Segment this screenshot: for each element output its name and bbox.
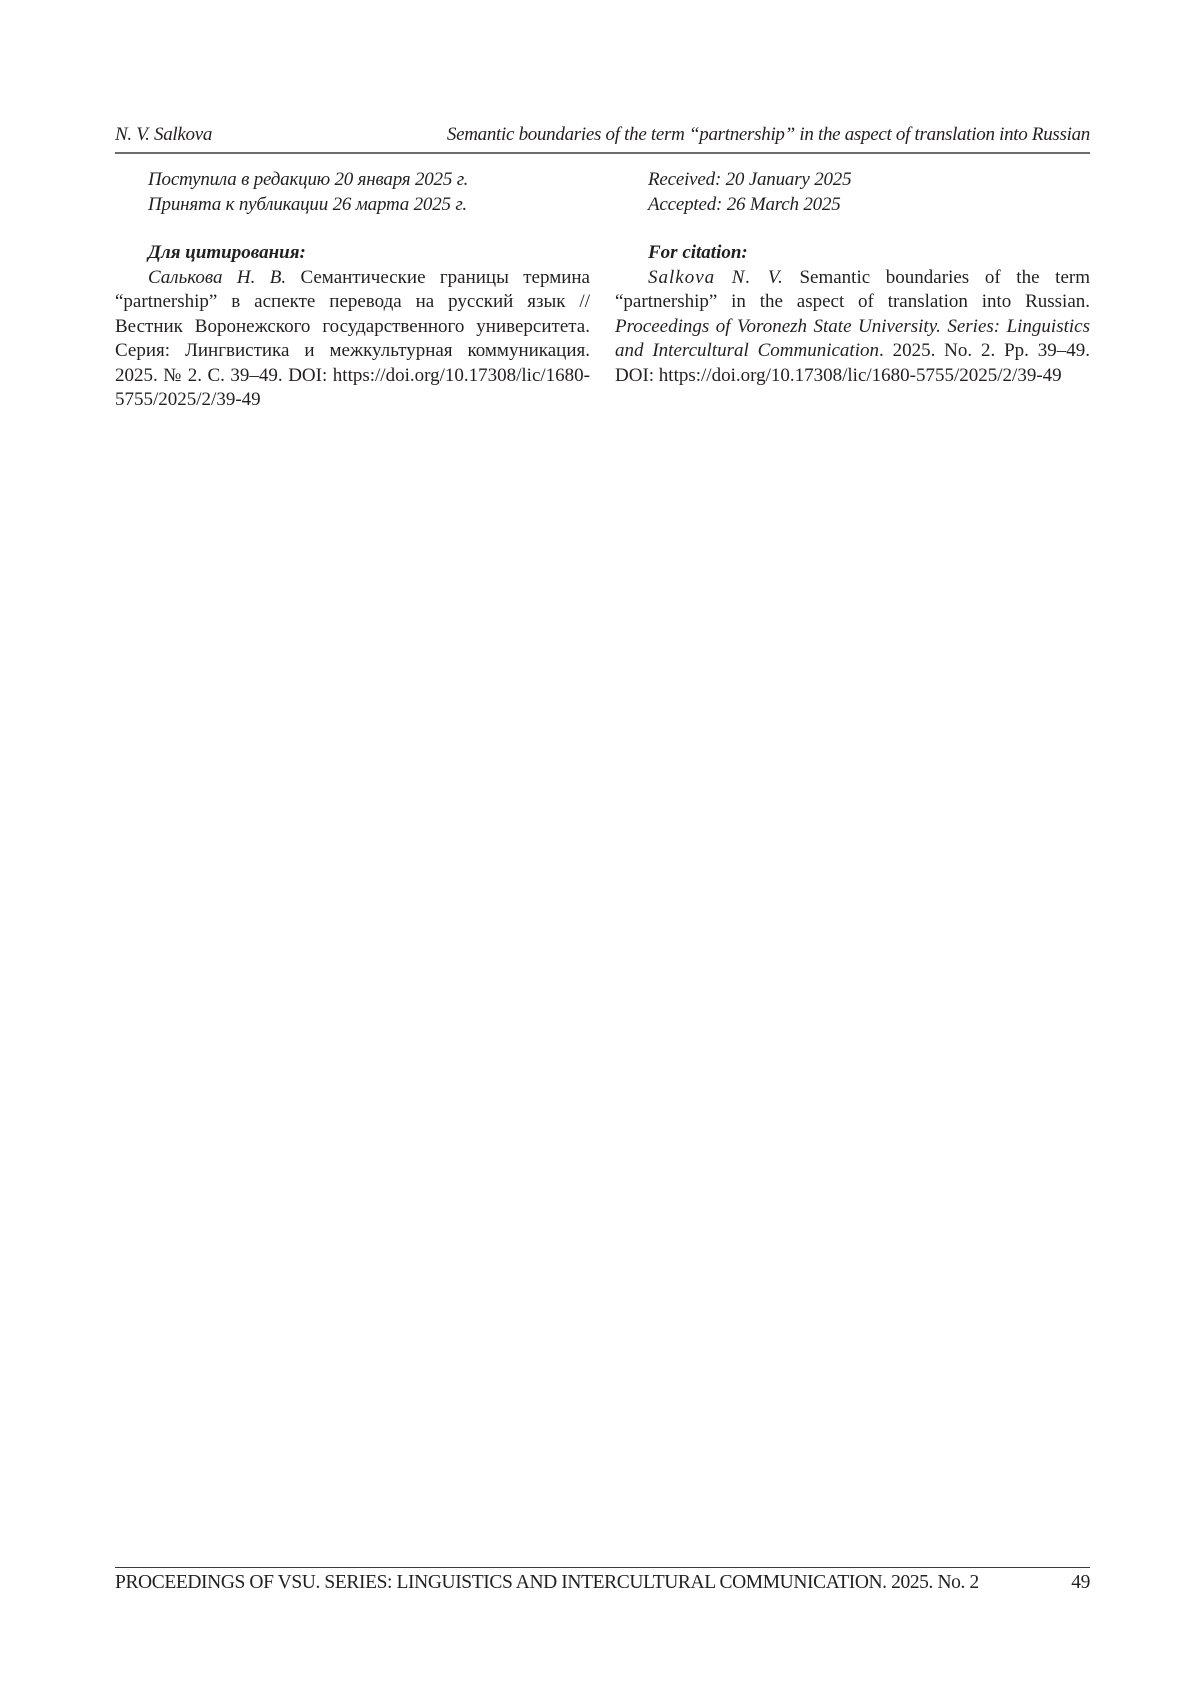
submission-dates-ru: Поступила в редакцию 20 января 2025 г. П… xyxy=(115,168,590,217)
header-running-title: Semantic boundaries of the term “partner… xyxy=(447,124,1090,146)
english-column: Received: 20 January 2025 Accepted: 26 M… xyxy=(615,168,1090,388)
running-footer: PROCEEDINGS OF VSU. SERIES: LINGUISTICS … xyxy=(115,1567,1090,1572)
citation-body-en: Salkova N. V. Semantic boundaries of the… xyxy=(615,266,1090,389)
running-header: N. V. Salkova Semantic boundaries of the… xyxy=(115,120,1090,154)
header-author: N. V. Salkova xyxy=(115,124,212,146)
submission-dates-en: Received: 20 January 2025 Accepted: 26 M… xyxy=(615,168,1090,217)
accepted-date-ru: Принята к публикации 26 марта 2025 г. xyxy=(148,193,590,218)
citation-heading-en: For citation: xyxy=(615,241,1090,266)
citation-author-ru: Салькова Н. В. xyxy=(148,267,286,288)
page-number: 49 xyxy=(1071,1572,1090,1594)
received-date-ru: Поступила в редакцию 20 января 2025 г. xyxy=(148,168,590,193)
footer-journal: PROCEEDINGS OF VSU. SERIES: LINGUISTICS … xyxy=(115,1572,979,1594)
russian-column: Поступила в редакцию 20 января 2025 г. П… xyxy=(115,168,590,413)
received-date-en: Received: 20 January 2025 xyxy=(648,168,1090,193)
citation-author-en: Salkova N. V. xyxy=(648,267,784,288)
citation-body-ru: Салькова Н. В. Семантические границы тер… xyxy=(115,266,590,413)
accepted-date-en: Accepted: 26 March 2025 xyxy=(648,193,1090,218)
citation-text-ru: Семантические границы термина “partnersh… xyxy=(115,267,590,411)
citation-heading-ru: Для цитирования: xyxy=(115,241,590,266)
